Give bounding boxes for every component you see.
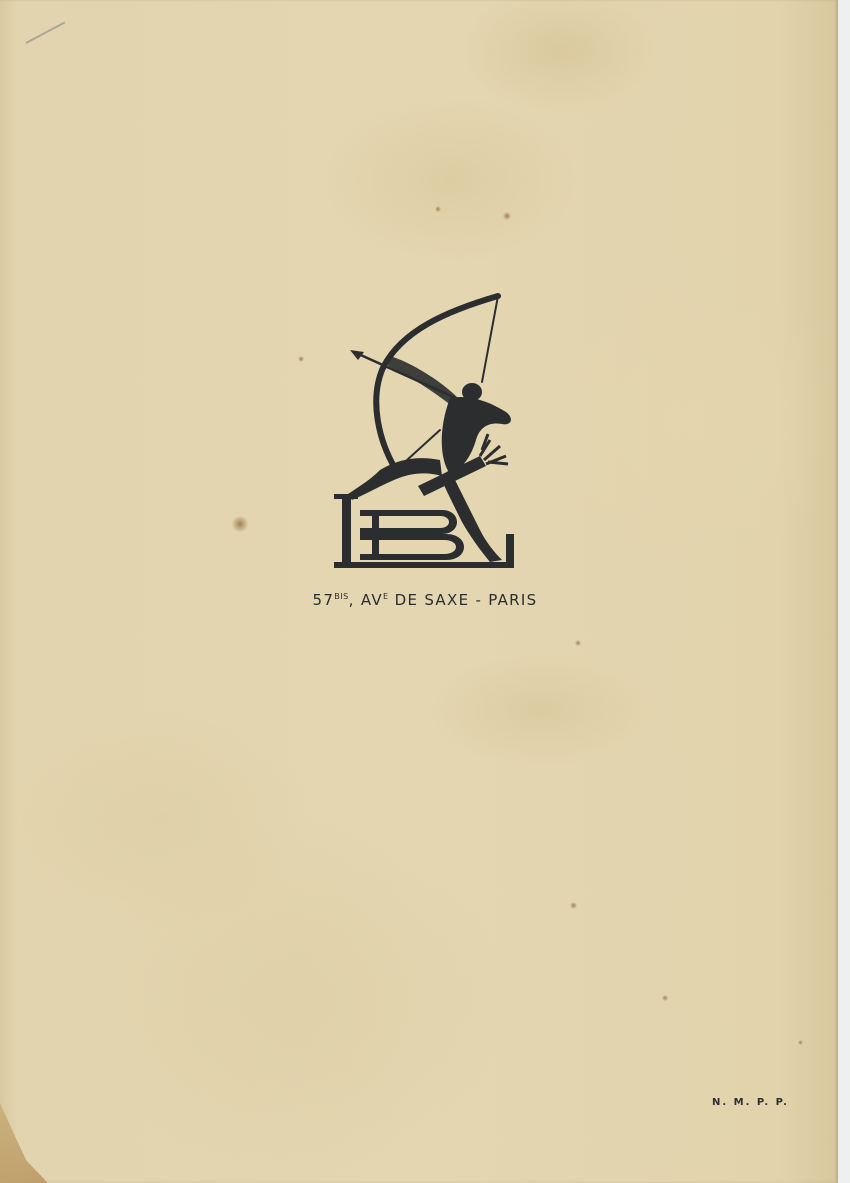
paper-sheet: 57BIS, AVE DE SAXE - PARIS N. M. P. P.: [0, 0, 838, 1183]
address-number-suffix: BIS: [334, 592, 348, 601]
paper-crease-mark: [26, 21, 66, 43]
publisher-logo: [330, 290, 520, 570]
address-dash: -: [475, 591, 482, 609]
address-city: PARIS: [488, 591, 537, 609]
distributor-mark: N. M. P. P.: [712, 1097, 789, 1108]
address-street: DE SAXE: [395, 591, 470, 609]
address-avenue-suffix: E: [383, 592, 389, 601]
address-number: 57: [313, 591, 335, 609]
scanned-page: 57BIS, AVE DE SAXE - PARIS N. M. P. P.: [0, 0, 850, 1183]
stain-spot: [503, 212, 511, 220]
stain-spot: [232, 516, 248, 532]
stain-spot: [798, 1040, 803, 1045]
address-separator: ,: [349, 591, 355, 609]
stain-spot: [662, 995, 668, 1001]
stain-spot: [435, 206, 441, 212]
stain-spot: [575, 640, 581, 646]
publisher-address: 57BIS, AVE DE SAXE - PARIS: [0, 591, 850, 609]
stain-spot: [298, 356, 304, 362]
address-avenue: AV: [361, 591, 383, 609]
archer-emblem-icon: [330, 290, 520, 570]
torn-corner: [0, 1103, 48, 1183]
stain-spot: [570, 902, 577, 909]
